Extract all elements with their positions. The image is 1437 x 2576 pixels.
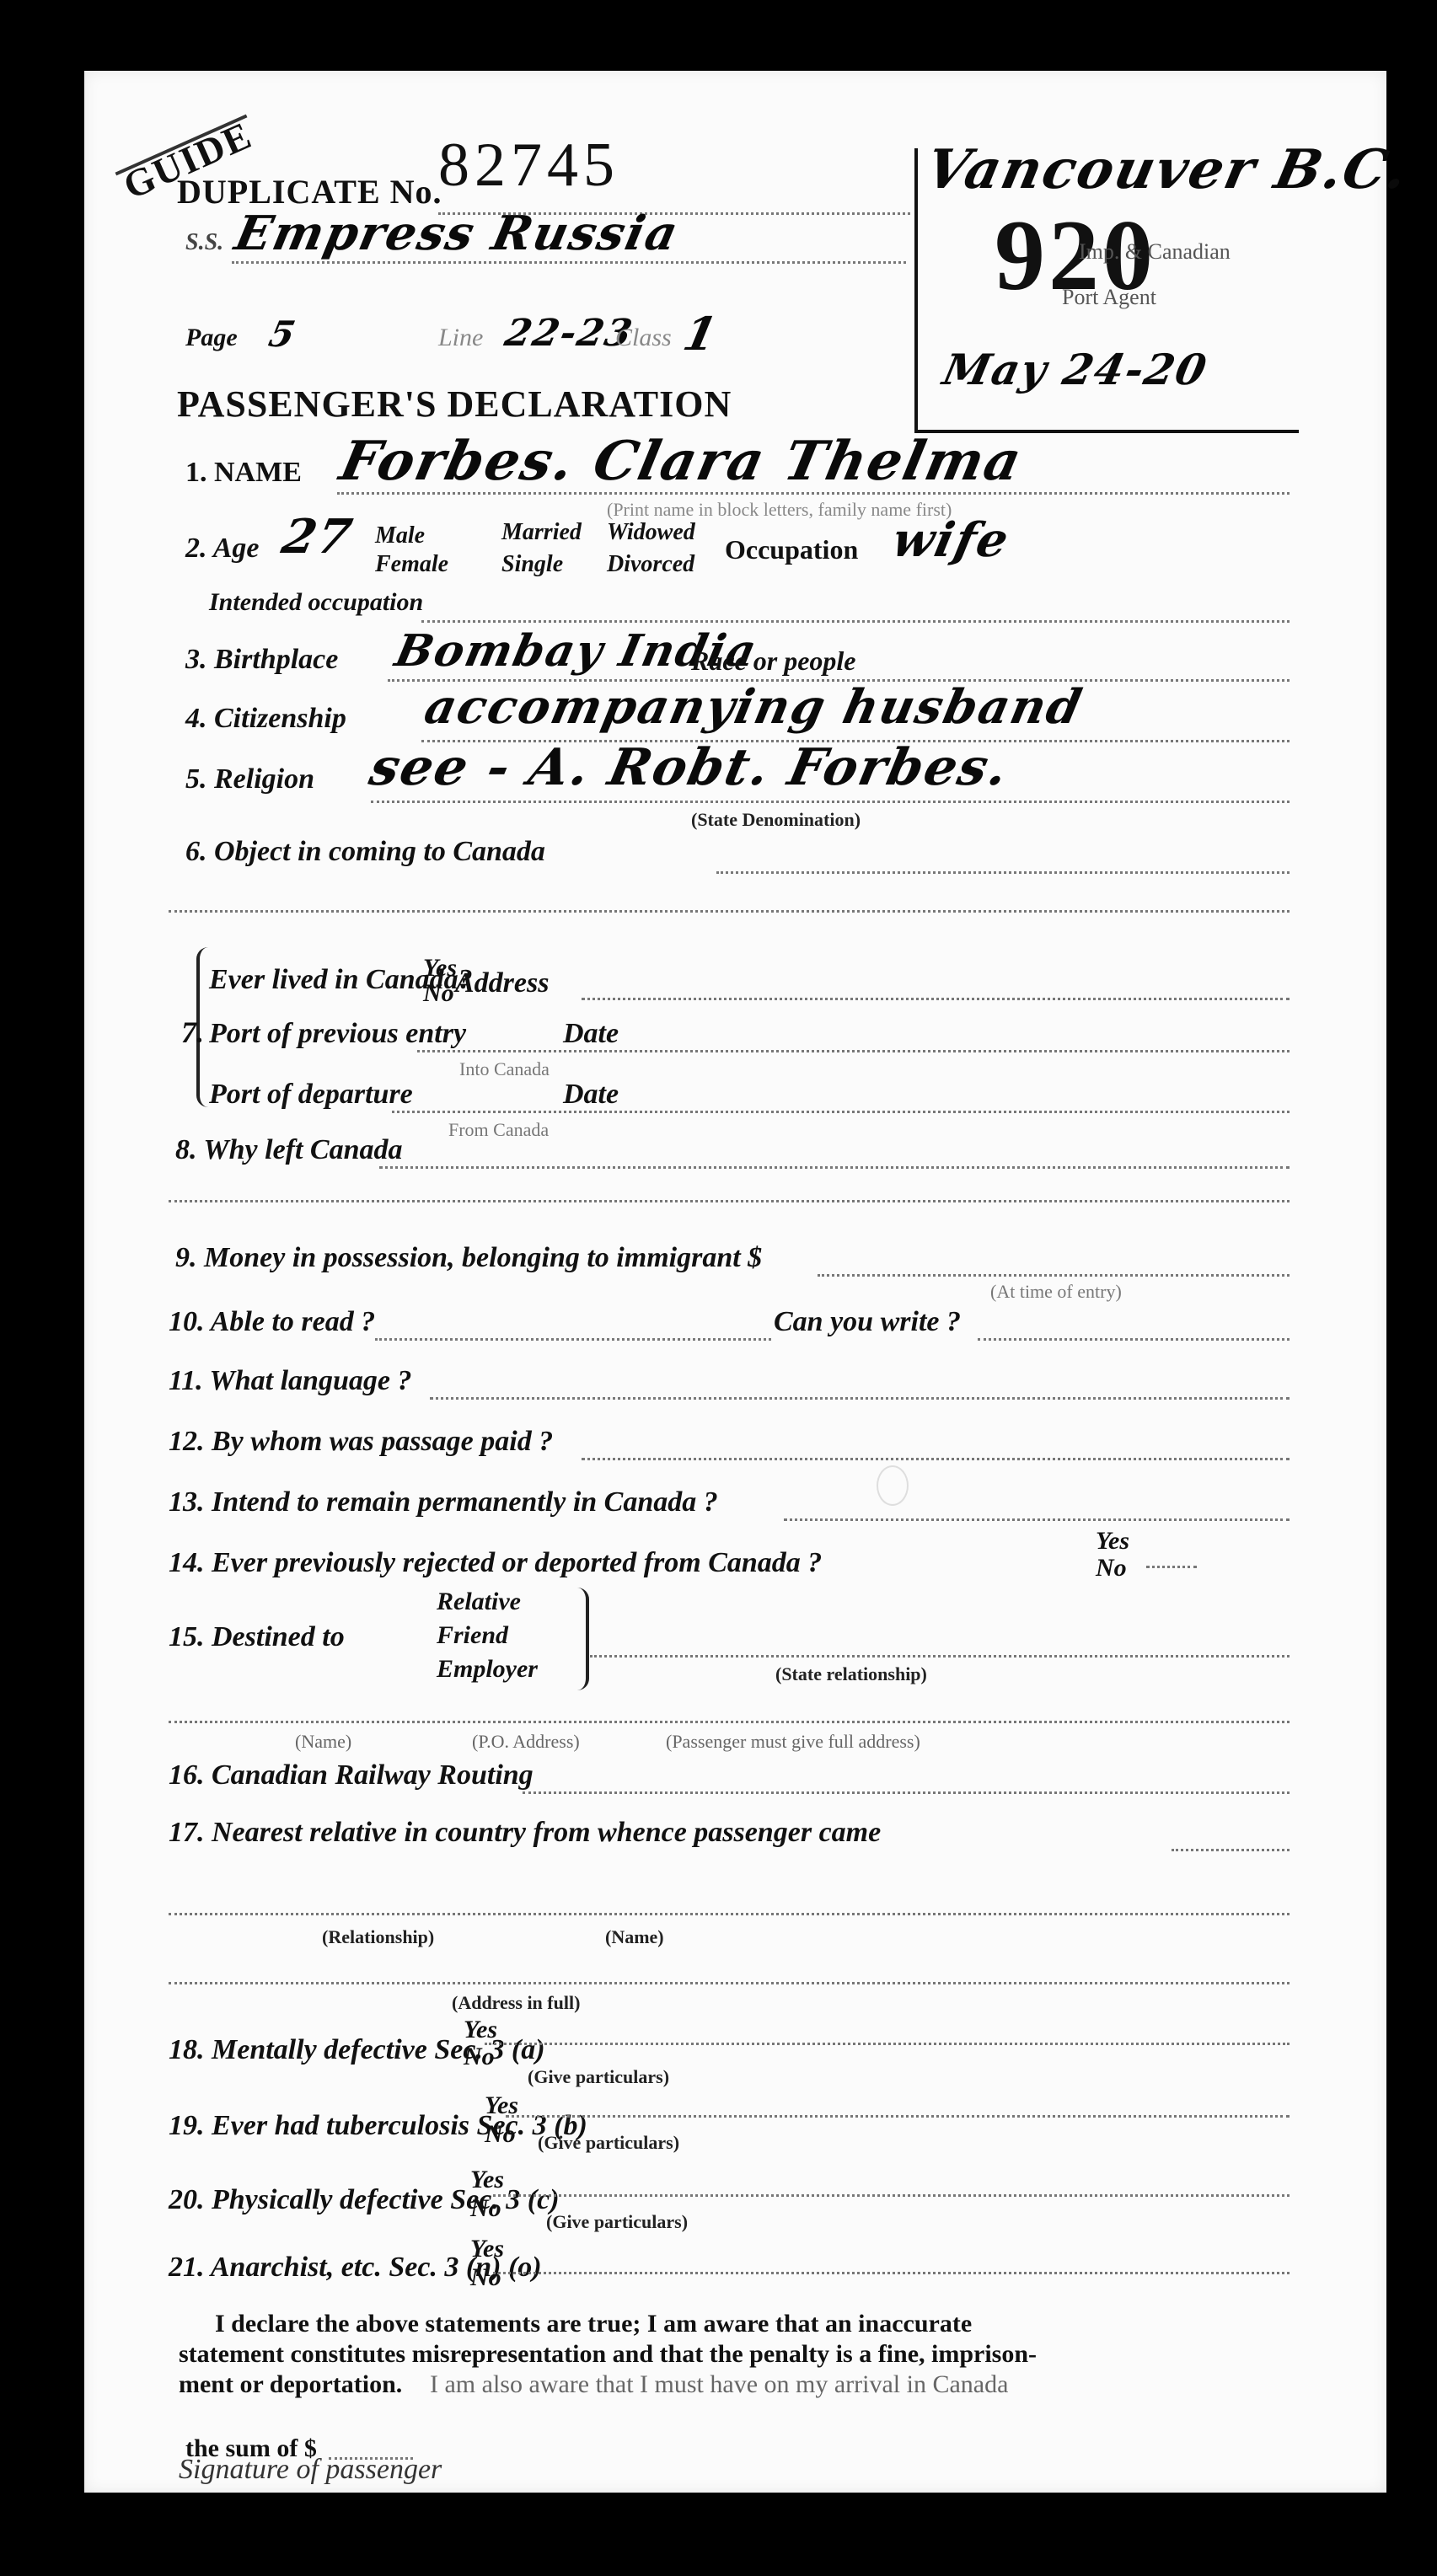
q18-hint: (Give particulars) [528,2066,669,2088]
q15-label: Destined to [212,1621,345,1652]
q21-yes: Yes [470,2236,504,2262]
q1-label: NAME [214,457,302,488]
q1-number: 1. [185,457,207,488]
q20-hint: (Give particulars) [546,2211,688,2233]
signature-label: Signature of passenger [179,2454,442,2486]
q13-number: 13. [169,1486,205,1518]
q7-no: No [423,981,454,1006]
sex-option-male: Male [375,522,425,549]
q5-number: 5. [185,763,207,795]
q7-yes: Yes [423,956,457,981]
status-married: Married [501,519,582,546]
religion-hint: (State Denomination) [691,809,861,831]
status-divorced: Divorced [607,551,694,578]
q16-number: 16. [169,1759,205,1791]
q10-number: 10. [169,1306,205,1337]
q14-label: Ever previously rejected or deported fro… [212,1547,822,1578]
intended-occupation-label: Intended occupation [209,588,423,617]
q20-label: Physically defective Sec. 3 (c) [212,2184,560,2215]
q18-yes: Yes [464,2017,497,2043]
q14-no: No [1096,1556,1127,1581]
q3-number: 3. [185,644,207,675]
stamp-date: May 24-20 [939,345,1213,394]
relationship-field-hint: (Relationship) [322,1926,434,1948]
q20-no: No [470,2196,501,2221]
money-hint: (At time of entry) [990,1281,1122,1303]
race-label: Race or people [691,645,856,677]
stamp-label-2: Port Agent [1062,285,1156,310]
q14-yes: Yes [1096,1529,1129,1554]
page-value: 5 [265,313,301,355]
q9-number: 9. [175,1242,197,1273]
stamp-box-left-border [914,148,918,431]
watermark-seal-icon [877,1465,909,1506]
q2-label: Age [213,533,260,564]
q7-date-2-label: Date [563,1079,619,1111]
q15-number: 15. [169,1621,205,1652]
line-label: Line [438,324,483,352]
declaration-line-3a: ment or deportation. [179,2366,402,2403]
departure-label: Port of departure [209,1079,413,1111]
q19-no: No [485,2122,516,2147]
address-in-full-hint: (Address in full) [452,1992,580,2014]
ss-value: Empress Russia [230,206,684,261]
q12-label: By whom was passage paid ? [212,1426,553,1457]
q7-date-1-label: Date [563,1018,619,1050]
declaration-line-3b: I am also aware that I must have on my a… [430,2366,1008,2403]
into-canada-hint: Into Canada [459,1058,550,1080]
address-label: Address [455,967,549,999]
form-title: PASSENGER'S DECLARATION [177,383,732,426]
q4-label: Citizenship [214,703,346,734]
destined-relative: Relative [437,1588,521,1616]
q20-yes: Yes [470,2167,504,2193]
ss-label: S.S. [185,229,223,256]
stamp-label-1: Imp. & Canadian [1079,239,1231,265]
previous-entry-label: Port of previous entry [209,1018,466,1050]
status-single: Single [501,551,563,578]
q12-number: 12. [169,1426,205,1457]
q3-label: Birthplace [214,644,338,675]
duplicate-number: 82745 [438,130,619,201]
q8-number: 8. [175,1134,197,1165]
q6-label: Object in coming to Canada [214,836,545,867]
q21-number: 21. [169,2252,205,2283]
write-label: Can you write ? [774,1306,961,1338]
full-address-hint: (Passenger must give full address) [666,1731,920,1753]
q19-hint: (Give particulars) [538,2132,679,2154]
q19-number: 19. [169,2110,205,2141]
destined-friend: Friend [437,1621,508,1650]
q4-number: 4. [185,703,207,734]
q16-label: Canadian Railway Routing [212,1759,534,1791]
from-canada-hint: From Canada [448,1119,549,1141]
q11-label: What language ? [210,1365,412,1396]
q21-no: No [470,2265,501,2290]
q10-label: Able to read ? [211,1306,375,1337]
q18-number: 18. [169,2034,205,2065]
class-label: Class [615,324,672,352]
q14-number: 14. [169,1547,205,1578]
citizenship-value: accompanying husband [420,679,1088,735]
q18-no: No [464,2044,495,2070]
name-value: Forbes. Clara Thelma [335,430,1028,493]
q7-number: 7. [181,1015,204,1050]
port-handwritten: Vancouver B.C. [920,138,1414,201]
age-value: 27 [277,509,358,565]
relationship-hint: (State relationship) [775,1663,927,1685]
q8-label: Why left Canada [203,1134,402,1165]
declaration-form: GUIDE DUPLICATE No. 82745 S.S. Empress R… [84,71,1386,2493]
q17-number: 17. [169,1817,205,1848]
q6-number: 6. [185,836,207,867]
destined-employer: Employer [437,1655,538,1684]
po-address-hint: (P.O. Address) [472,1731,580,1753]
relative-name-hint: (Name) [605,1926,664,1948]
occupation-label: Occupation [725,534,858,565]
q17-label: Nearest relative in country from whence … [212,1817,881,1848]
sex-option-female: Female [375,551,448,578]
religion-value: see - A. Robt. Forbes. [365,738,1015,797]
q20-number: 20. [169,2184,205,2215]
name-field-hint: (Name) [295,1731,351,1753]
page-label: Page [185,324,238,352]
class-value: 1 [678,307,723,361]
q11-number: 11. [169,1365,203,1396]
q13-label: Intend to remain permanently in Canada ? [212,1486,718,1518]
q9-label: Money in possession, belonging to immigr… [204,1242,762,1273]
status-widowed: Widowed [607,519,695,546]
occupation-value: wife [887,512,1015,568]
q5-label: Religion [214,763,314,795]
q15-brace [577,1588,589,1690]
q2-number: 2. [185,533,207,564]
